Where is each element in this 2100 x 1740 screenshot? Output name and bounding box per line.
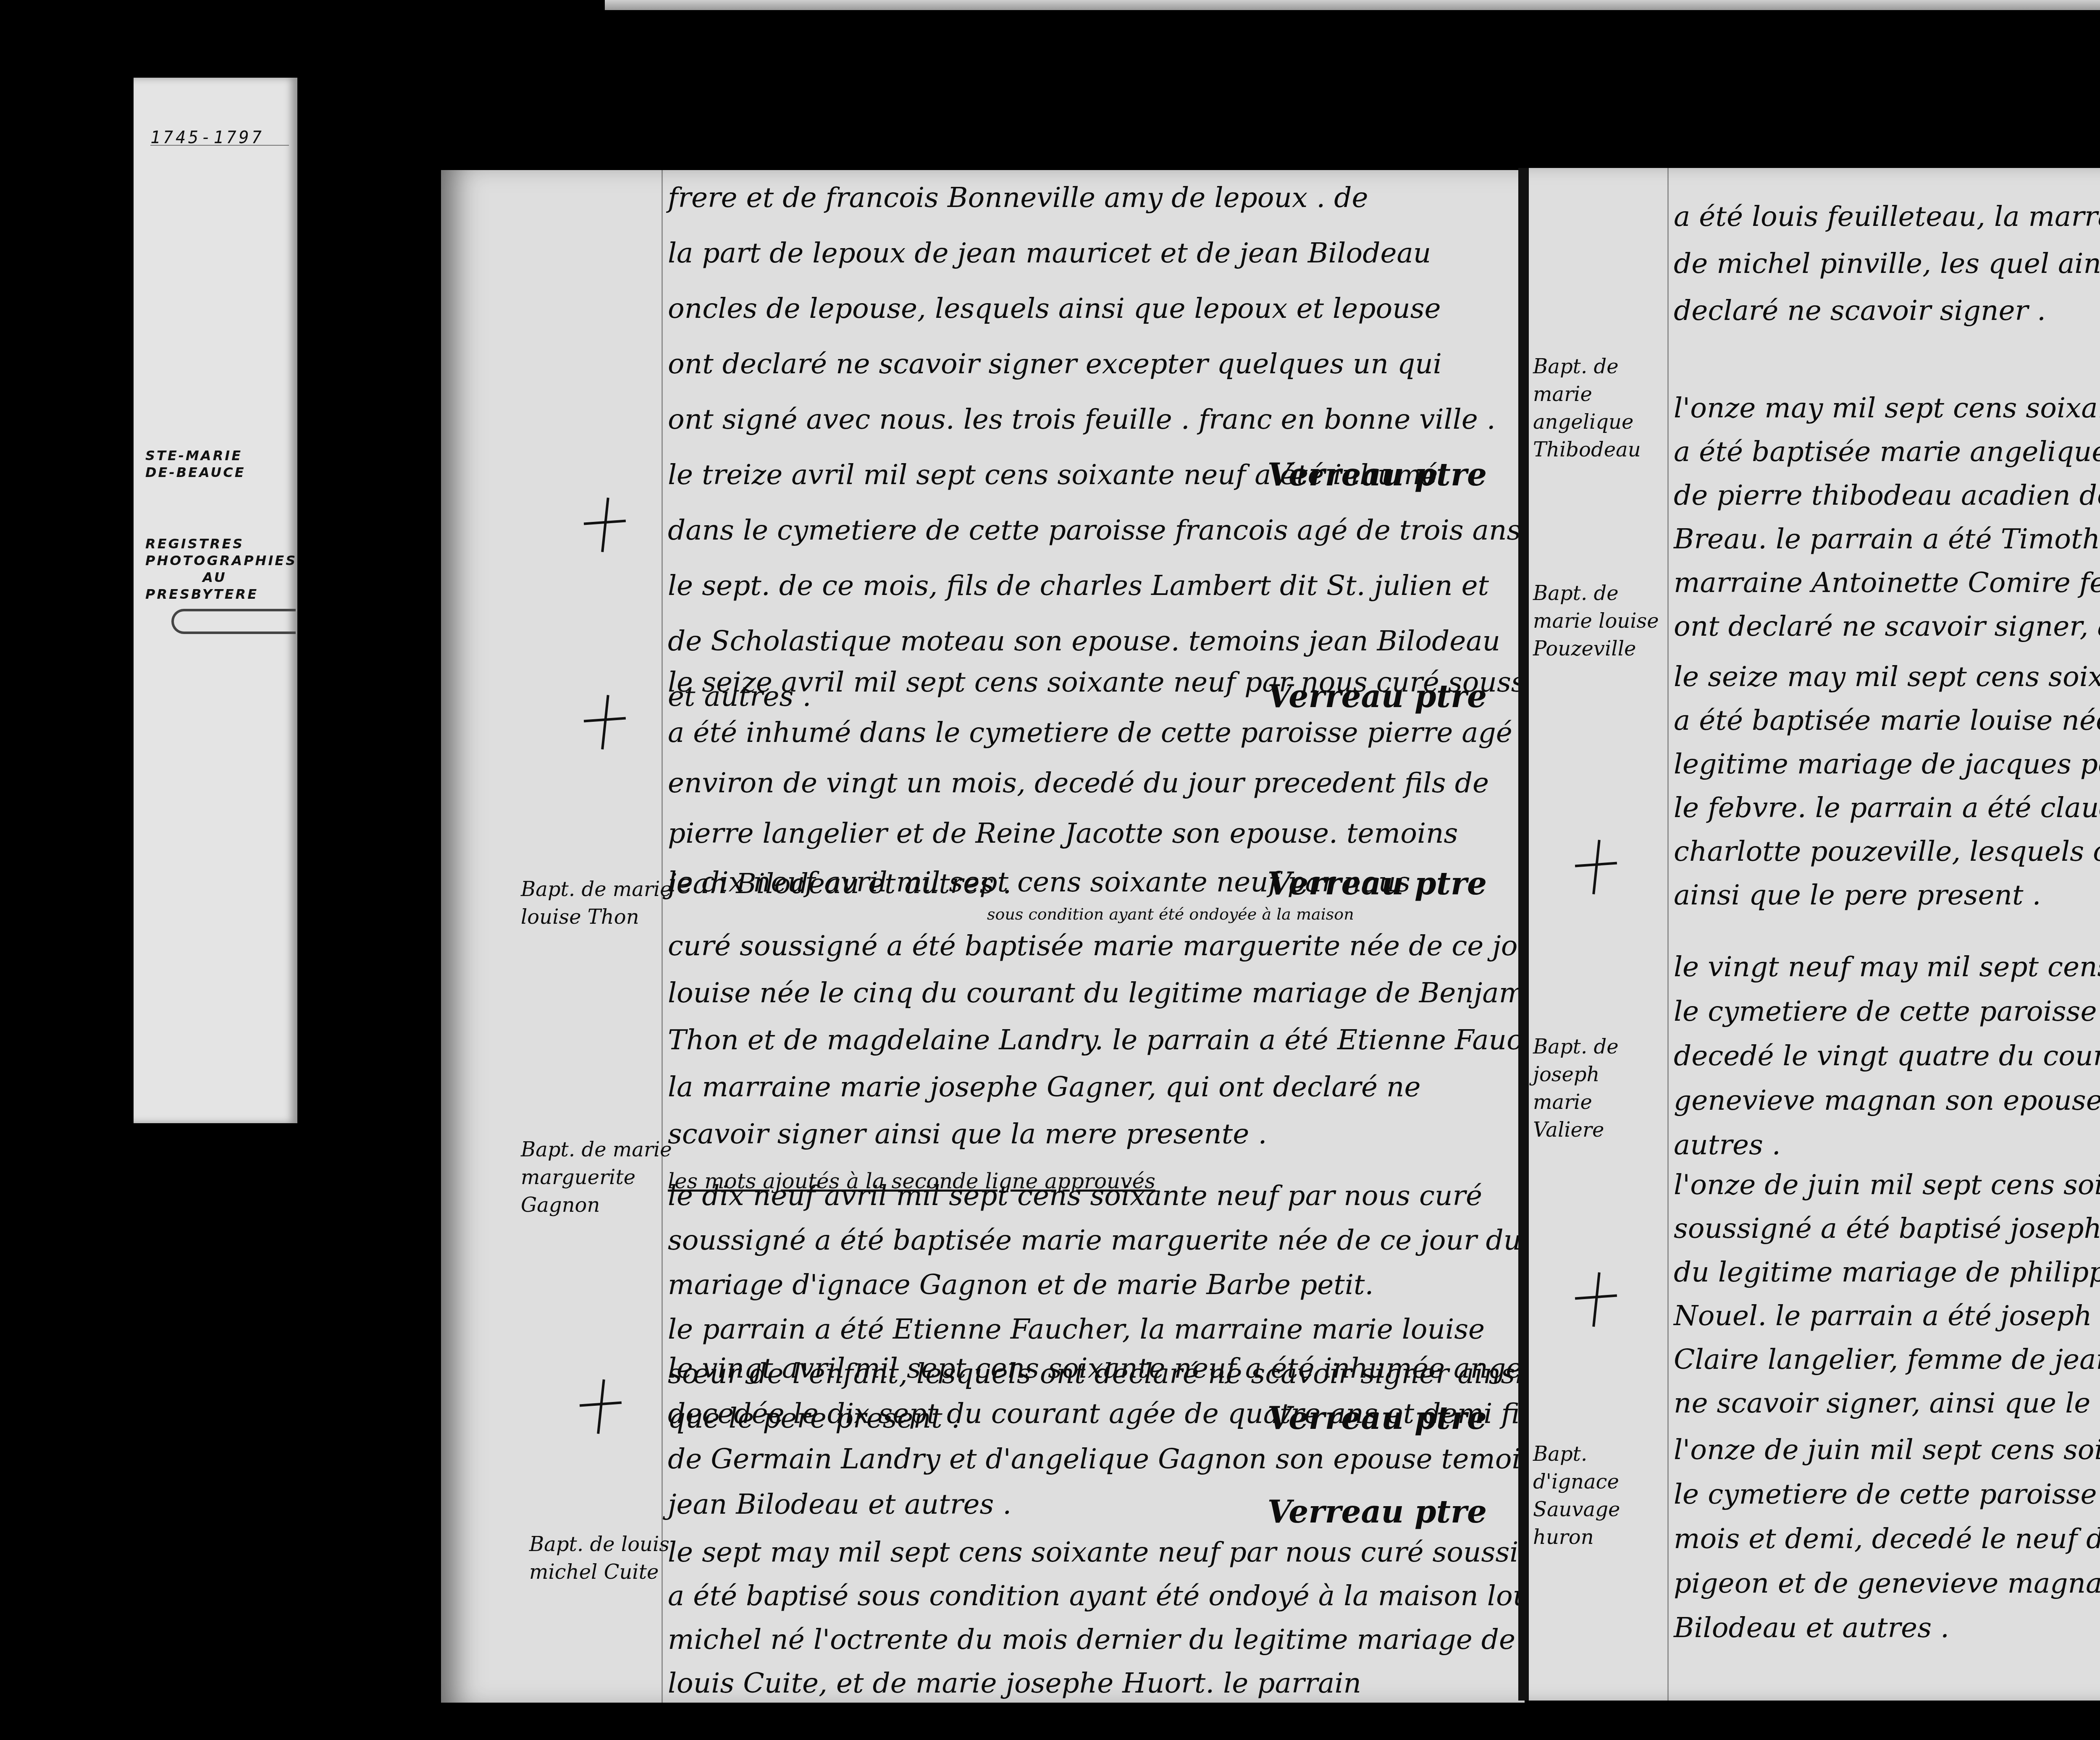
label-collection-line: PRESBYTERE bbox=[145, 586, 297, 603]
book-gutter bbox=[1518, 168, 1529, 1701]
entry-line: charlotte pouzeville, lesquels ont decla… bbox=[1674, 830, 2100, 873]
entry-line: a été baptisée marie angelique née de ce… bbox=[1674, 430, 2100, 474]
register-entry: l'onze de juin mil sept cens soixante ne… bbox=[1674, 1428, 2100, 1650]
entry-line: la part de lepoux de jean mauricet et de… bbox=[668, 225, 1504, 281]
entry-line: l'onze de juin mil sept cens soixante ne… bbox=[1674, 1163, 2100, 1207]
entry-line: le parrain a été Etienne Faucher, la mar… bbox=[668, 1307, 1504, 1352]
entry-line: pigeon et de genevieve magnan son epouse… bbox=[1674, 1561, 2100, 1606]
margin-note-baptism: Bapt. de marie angelique Thibodeau bbox=[1533, 353, 1663, 464]
entry-line: l'onze may mil sept cens soixante neuf p… bbox=[1674, 386, 2100, 430]
entry-line: a été inhumé dans le cymetiere de cette … bbox=[668, 708, 1504, 758]
entry-line: Bilodeau et autres . bbox=[1674, 1606, 2100, 1650]
label-collection-line: AU bbox=[145, 569, 284, 586]
register-entry: le seize may mil sept cens soixante neuf… bbox=[1674, 655, 2100, 898]
register-entry: le vingt neuf may mil sept cens soixante… bbox=[1674, 945, 2100, 1157]
entry-line: marraine Antoinette Comire femme de jacq… bbox=[1674, 561, 2100, 605]
interlinear-insertion: dix huitième bbox=[1674, 176, 2100, 193]
label-collection-line: REGISTRES bbox=[145, 535, 297, 552]
register-entry: le dix neuf avril mil sept cens soixante… bbox=[668, 859, 1504, 1205]
entry-line: ont declaré ne scavoir signer, ainsi que… bbox=[1674, 605, 2100, 648]
label-parish: STE-MARIE DE-BEAUCE bbox=[145, 447, 246, 481]
paperclip-icon bbox=[171, 609, 296, 634]
entry-line: decedée le dix sept du courant agée de q… bbox=[668, 1391, 1504, 1436]
register-entry: l'onze de juin mil sept cens soixante ne… bbox=[1674, 1163, 2100, 1425]
label-collection-line: PHOTOGRAPHIES bbox=[145, 552, 297, 569]
entry-line: le sept. de ce mois, fils de charles Lam… bbox=[668, 558, 1504, 613]
entry-line: a été baptisée marie louise née le quato… bbox=[1674, 699, 2100, 742]
entry-line: la marraine marie josephe Gagner, qui on… bbox=[668, 1064, 1504, 1111]
interlinear-insertion: sous condition ayant été ondoyée à la ma… bbox=[668, 906, 1504, 922]
margin-note-baptism: Bapt. de marie louise Thon bbox=[521, 875, 672, 931]
entry-line: le dix neuf avril mil sept cens soixante… bbox=[668, 859, 1504, 906]
entry-line: ont declaré ne scavoir signer excepter q… bbox=[668, 336, 1504, 392]
entry-line: a été baptisé sous condition ayant été o… bbox=[668, 1574, 1504, 1618]
entry-line: le sept may mil sept cens soixante neuf … bbox=[668, 1530, 1504, 1574]
archival-label-strip: 1745-1797 STE-MARIE DE-BEAUCE REGISTRES … bbox=[134, 78, 297, 1123]
label-year-range: 1745-1797 bbox=[150, 128, 289, 146]
entry-line: ont signé avec nous. les trois feuille .… bbox=[668, 392, 1504, 447]
entry-line: legitime mariage de jacques pouzeville e… bbox=[1674, 742, 2100, 786]
entry-line: de pierre thibodeau acadien demeurant da… bbox=[1674, 474, 2100, 517]
label-collection: REGISTRES PHOTOGRAPHIES AU PRESBYTERE bbox=[145, 535, 297, 603]
entry-line: curé soussigné a été baptisée marie marg… bbox=[668, 922, 1504, 970]
burial-cross-icon bbox=[580, 1379, 622, 1434]
burial-cross-icon bbox=[584, 695, 626, 749]
entry-line: Claire langelier, femme de jean le febvr… bbox=[1674, 1338, 2100, 1381]
entry-line: decedé le vingt quatre du courant fils d… bbox=[1674, 1034, 2100, 1078]
register-page-left: frere et de francois Bonneville amy de l… bbox=[441, 170, 1525, 1703]
entry-line: ne scavoir signer, ainsi que le pere pre… bbox=[1674, 1381, 2100, 1425]
burial-cross-icon bbox=[1575, 840, 1617, 894]
entry-line: de michel pinville, les quel ainsi que l… bbox=[1674, 240, 2100, 287]
margin-note-baptism: Bapt. de marie marguerite Gagnon bbox=[521, 1136, 672, 1219]
margin-note-baptism: Bapt. de joseph marie Valiere bbox=[1533, 1033, 1663, 1144]
register-page-right: dix huitième a été louis feuilleteau, la… bbox=[1529, 168, 2100, 1701]
entry-line: ainsi que le pere present . bbox=[1674, 873, 2100, 917]
entry-line: le vingt neuf may mil sept cens soixante… bbox=[1674, 945, 2100, 989]
entry-line: le dix neuf avril mil sept cens soixante… bbox=[668, 1174, 1504, 1218]
entry-line: environ de vingt un mois, decedé du jour… bbox=[668, 758, 1504, 808]
entry-line: Thon et de magdelaine Landry. le parrain… bbox=[668, 1017, 1504, 1064]
entry-line: du legitime mariage de philippe Valiere … bbox=[1674, 1250, 2100, 1294]
entry-line: mois et demi, decedé le neuf du courant,… bbox=[1674, 1517, 2100, 1561]
entry-line: Nouel. le parrain a été joseph Gagnon le… bbox=[1674, 1294, 2100, 1338]
entry-line: louise née le cinq du courant du legitim… bbox=[668, 970, 1504, 1017]
entry-line: genevieve magnan son epouse. temoins jea… bbox=[1674, 1078, 2100, 1123]
entry-line: soussigné a été baptisé joseph marie né … bbox=[1674, 1207, 2100, 1250]
entry-line: oncles de lepouse, lesquels ainsi que le… bbox=[668, 281, 1504, 336]
entry-line: le seize may mil sept cens soixante neuf… bbox=[1674, 655, 2100, 699]
label-parish-line: STE-MARIE bbox=[145, 447, 246, 464]
entry-line: louis Cuite, et de marie josephe Huort. … bbox=[668, 1661, 1504, 1703]
margin-rule bbox=[661, 170, 663, 1703]
entry-line: soussigné a été baptisée marie marguerit… bbox=[668, 1218, 1504, 1263]
margin-note-baptism: Bapt. de marie louise Pouzeville bbox=[1533, 579, 1663, 663]
entry-line: le seize avril mil sept cens soixante ne… bbox=[668, 657, 1504, 708]
entry-line: declaré ne scavoir signer . bbox=[1674, 287, 2100, 334]
entry-line: le treize avril mil sept cens soixante n… bbox=[668, 447, 1504, 503]
entry-line: l'onze de juin mil sept cens soixante ne… bbox=[1674, 1428, 2100, 1472]
margin-note-baptism: Bapt. d'ignace Sauvage huron bbox=[1533, 1440, 1663, 1551]
register-entry: le sept may mil sept cens soixante neuf … bbox=[668, 1530, 1504, 1703]
entry-line: michel né l'octrente du mois dernier du … bbox=[668, 1618, 1504, 1661]
burial-cross-icon bbox=[584, 498, 626, 552]
adjacent-frame-edge bbox=[605, 0, 2100, 10]
entry-line: le vingt avril mil sept cens soixante ne… bbox=[668, 1346, 1504, 1391]
label-parish-line: DE-BEAUCE bbox=[145, 464, 246, 481]
entry-line: frere et de francois Bonneville amy de l… bbox=[668, 170, 1504, 225]
entry-line: dans le cymetiere de cette paroisse fran… bbox=[668, 503, 1504, 558]
entry-line: mariage d'ignace Gagnon et de marie Barb… bbox=[668, 1263, 1504, 1307]
entry-line: pierre langelier et de Reine Jacotte son… bbox=[668, 808, 1504, 859]
register-entry: dix huitième a été louis feuilleteau, la… bbox=[1674, 176, 2100, 318]
entry-line: le cymetiere de cette paroisse michel ag… bbox=[1674, 1472, 2100, 1517]
entry-line: le febvre. le parrain a été claude patry… bbox=[1674, 786, 2100, 830]
margin-note-baptism: Bapt. de louis michel Cuite bbox=[529, 1530, 680, 1586]
entry-line: a été louis feuilleteau, la marraine mar… bbox=[1674, 193, 2100, 240]
register-entry: le vingt avril mil sept cens soixante ne… bbox=[668, 1346, 1504, 1535]
entry-line: Breau. le parrain a été Timothée thibode… bbox=[1674, 517, 2100, 561]
entry-line: de Germain Landry et d'angelique Gagnon … bbox=[668, 1436, 1504, 1482]
register-entry: l'onze may mil sept cens soixante neuf p… bbox=[1674, 386, 2100, 648]
margin-rule bbox=[1667, 168, 1669, 1701]
entry-line: le cymetiere de cette paroisse joseph ma… bbox=[1674, 989, 2100, 1034]
entry-line: scavoir signer ainsi que la mere present… bbox=[668, 1111, 1504, 1158]
burial-cross-icon bbox=[1575, 1272, 1617, 1327]
